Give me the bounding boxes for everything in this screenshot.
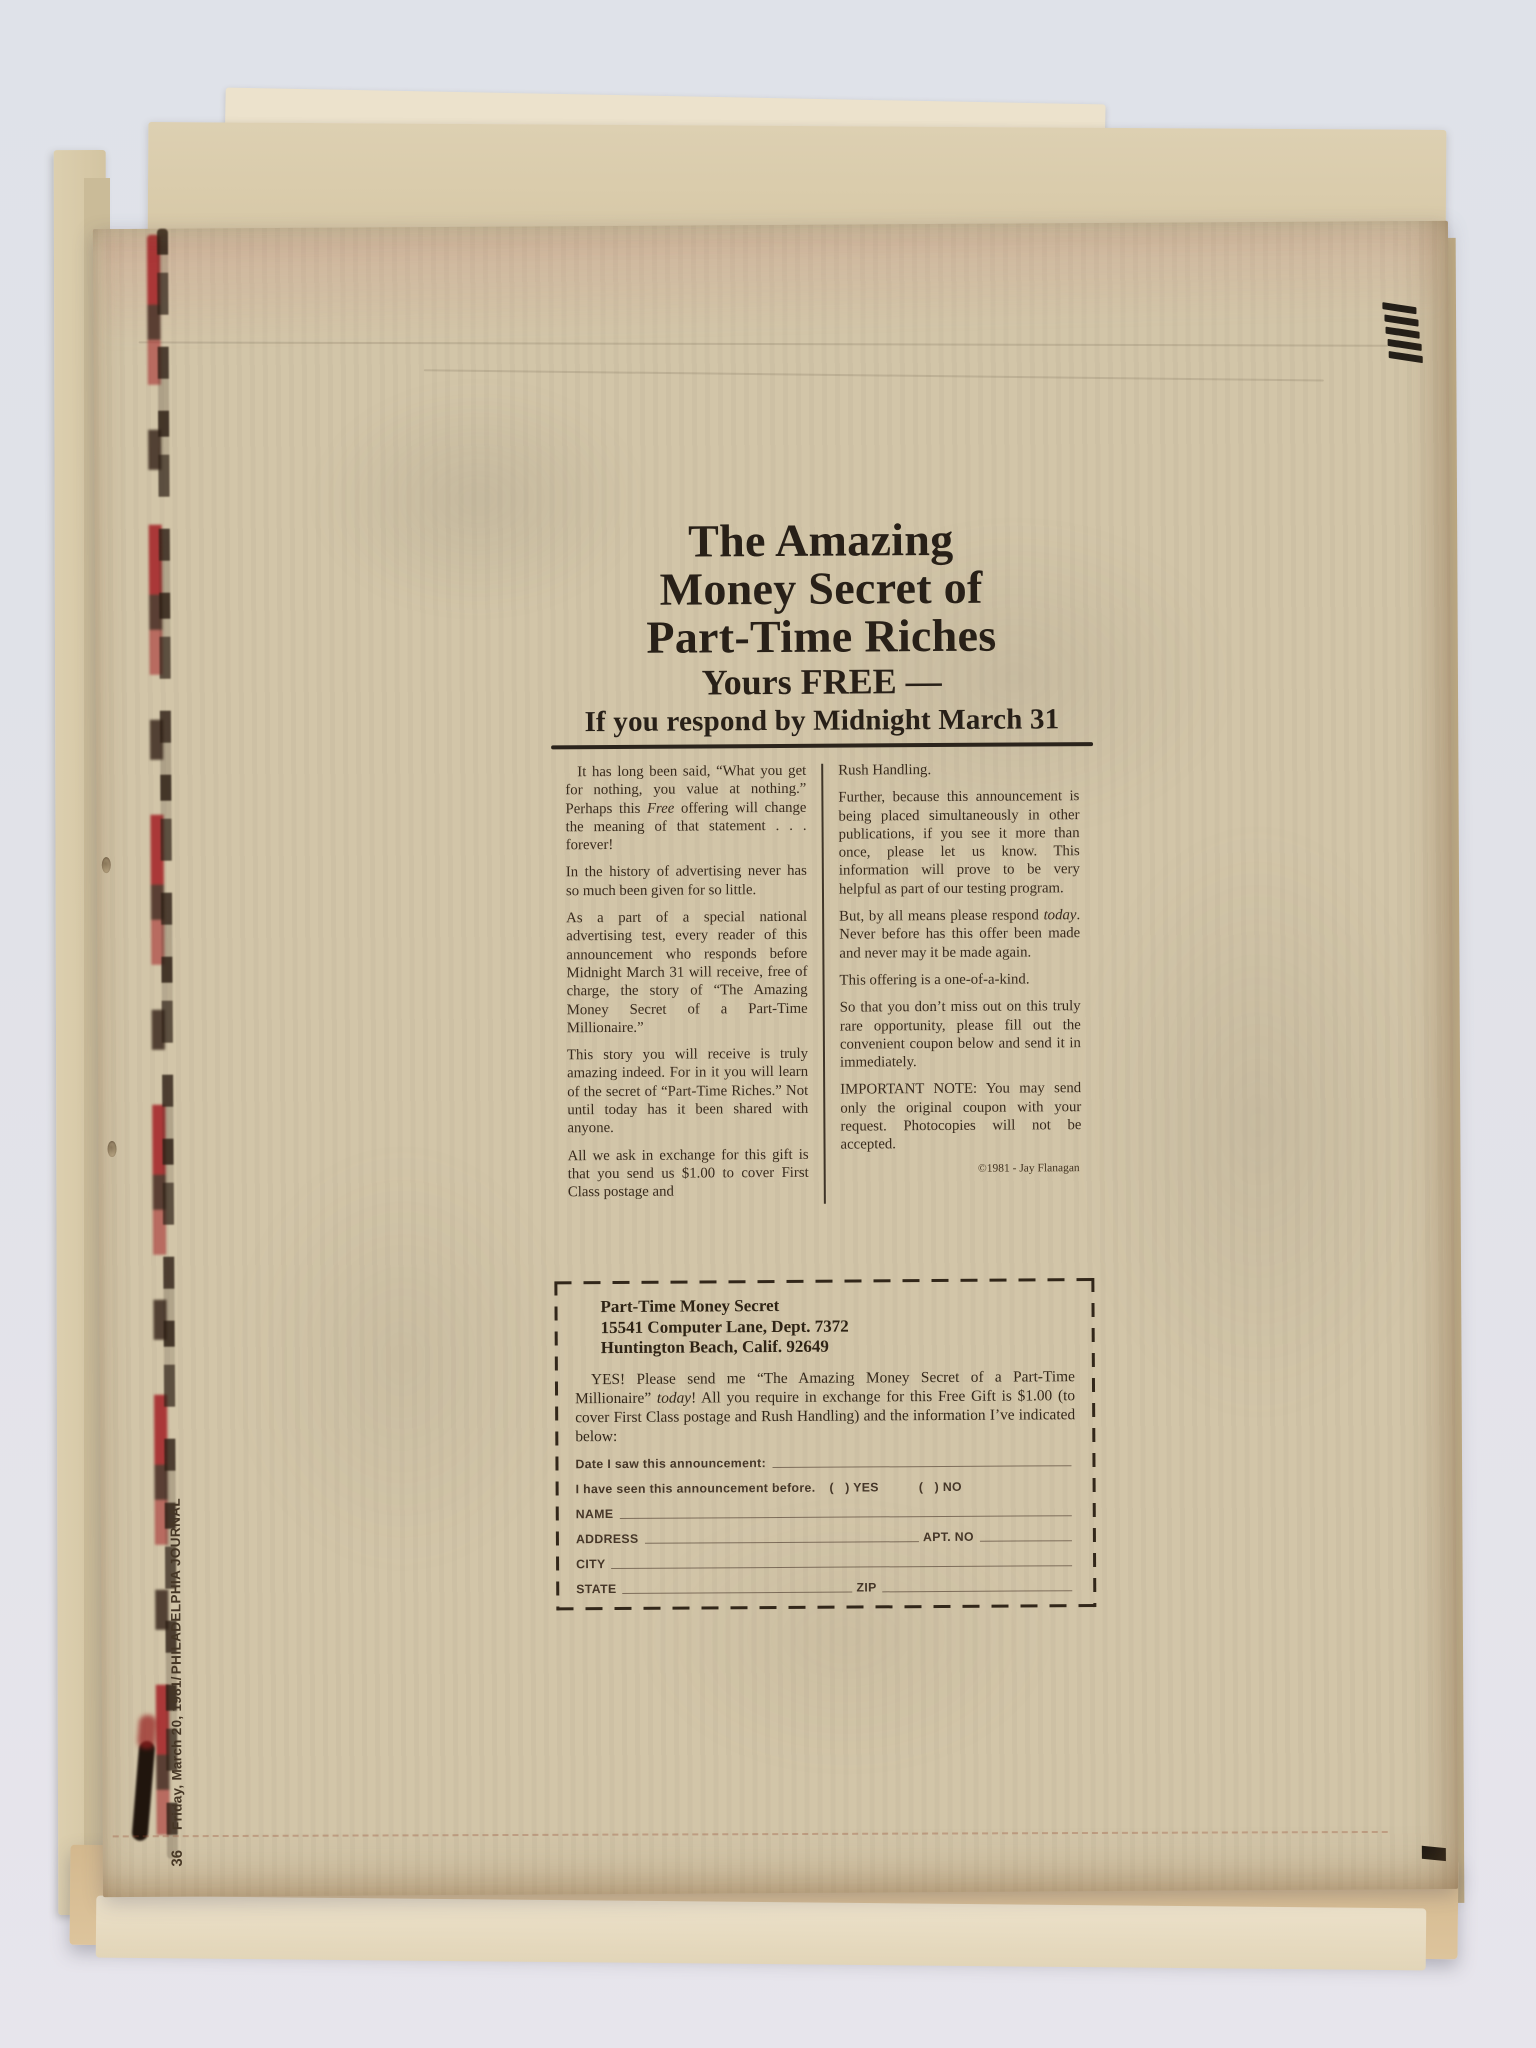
address-line: Part-Time Money Secret [600,1294,1074,1317]
address-blank-line [644,1530,919,1544]
folio-date: Friday, March 20, 1981/ [168,1676,184,1830]
paragraph: But, by all means please respond today. … [839,906,1080,962]
ad-headline-line-3: Part-Time Riches [550,611,1092,662]
date-announcement-label: Date I saw this announcement: [575,1456,766,1471]
photo-of-newspaper-page: 36 Friday, March 20, 1981/PHILADELPHIA J… [0,0,1536,2048]
ad-body: It has long been said, “What you get for… [551,760,1096,1211]
paragraph: YES! Please send me “The Amazing Money S… [575,1367,1075,1446]
page-folio: 36 Friday, March 20, 1981/PHILADELPHIA J… [164,1457,187,1867]
paragraph: All we ask in exchange for this gift is … [568,1145,809,1201]
paragraph: As a part of a special national advertis… [566,908,808,1038]
ad-subheadline: Yours FREE — [551,659,1093,704]
no-checkbox-option: ( ) NO [919,1479,962,1493]
paragraph: This offering is a one-of-a-kind. [839,970,1080,990]
form-row-address: ADDRESS APT. NO [576,1529,1076,1546]
city-blank-line [611,1554,1072,1569]
coupon-recipient-address: Part-Time Money Secret15541 Computer Lan… [600,1294,1074,1358]
ad-right-column: Rush Handling.Further, because this anno… [838,760,1082,1209]
staple-hole [107,1141,116,1157]
ad-headline-line-1: The Amazing [550,515,1092,566]
name-blank-line [619,1504,1071,1519]
staple-hole [102,857,111,873]
form-row-seen-before: I have seen this announcement before. ( … [576,1479,1076,1496]
form-row-state-zip: STATE ZIP [576,1579,1076,1596]
address-line: Huntington Beach, Calif. 92649 [601,1335,1075,1358]
headline-rule [551,742,1093,749]
paragraph: It has long been said, “What you get for… [565,762,807,855]
ad-headline-line-2: Money Secret of [550,563,1092,614]
advertisement: The Amazing Money Secret of Part-Time Ri… [550,515,1100,1848]
spine-ink-smudge-hook [131,1740,155,1841]
registration-bar [1387,339,1421,351]
paper-wrinkle [424,369,1324,381]
folio-publication: PHILADELPHIA JOURNAL [167,1498,183,1674]
ad-right-column-paragraphs: Rush Handling.Further, because this anno… [838,760,1081,1154]
date-announcement-blank-line [772,1454,1072,1468]
paragraph: This story you will receive is truly ama… [567,1045,809,1138]
apt-no-blank-line [980,1529,1072,1542]
paragraph: In the history of advertising never has … [566,862,807,900]
registration-bar [1384,314,1418,326]
ad-deadline-line: If you respond by Midnight March 31 [551,701,1093,740]
corner-ink-mark [1422,1846,1446,1861]
mail-in-coupon: Part-Time Money Secret15541 Computer Lan… [554,1278,1096,1610]
registration-bar [1382,302,1416,314]
address-label: ADDRESS [576,1531,639,1545]
address-line: 15541 Computer Lane, Dept. 7372 [601,1315,1075,1338]
stacked-page-edge-bottom-2 [96,1896,1427,1971]
paragraph: So that you don’t miss out on this truly… [840,997,1081,1072]
ad-left-column: It has long been said, “What you get for… [565,762,809,1211]
paper-wrinkle [139,341,1389,346]
city-label: CITY [576,1557,606,1571]
column-divider [821,764,826,1204]
zip-blank-line [883,1579,1073,1592]
coupon-body-text: YES! Please send me “The Amazing Money S… [575,1367,1075,1446]
registration-bar [1389,351,1423,363]
copyright-credit: ©1981 - Jay Flanagan [841,1162,1082,1175]
coupon-form: Date I saw this announcement: I have see… [575,1454,1076,1596]
newspaper-back-page: 36 Friday, March 20, 1981/PHILADELPHIA J… [93,221,1458,1897]
state-blank-line [622,1580,852,1593]
page-number: 36 [168,1850,185,1867]
registration-bar [1386,327,1420,339]
form-row-city: CITY [576,1554,1076,1571]
form-row-name: NAME [576,1504,1076,1521]
apt-no-label: APT. NO [923,1529,974,1543]
paragraph: Rush Handling. [838,760,1079,780]
state-label: STATE [576,1581,616,1595]
seen-before-label: I have seen this announcement before. [576,1480,816,1495]
paragraph: IMPORTANT NOTE: You may send only the or… [840,1080,1081,1155]
paragraph: Further, because this announcement is be… [838,787,1080,898]
zip-label: ZIP [856,1580,876,1594]
name-label: NAME [576,1506,614,1520]
registration-bars [1382,302,1422,368]
yes-checkbox-option: ( ) YES [829,1480,878,1494]
form-row-date: Date I saw this announcement: [575,1454,1075,1471]
